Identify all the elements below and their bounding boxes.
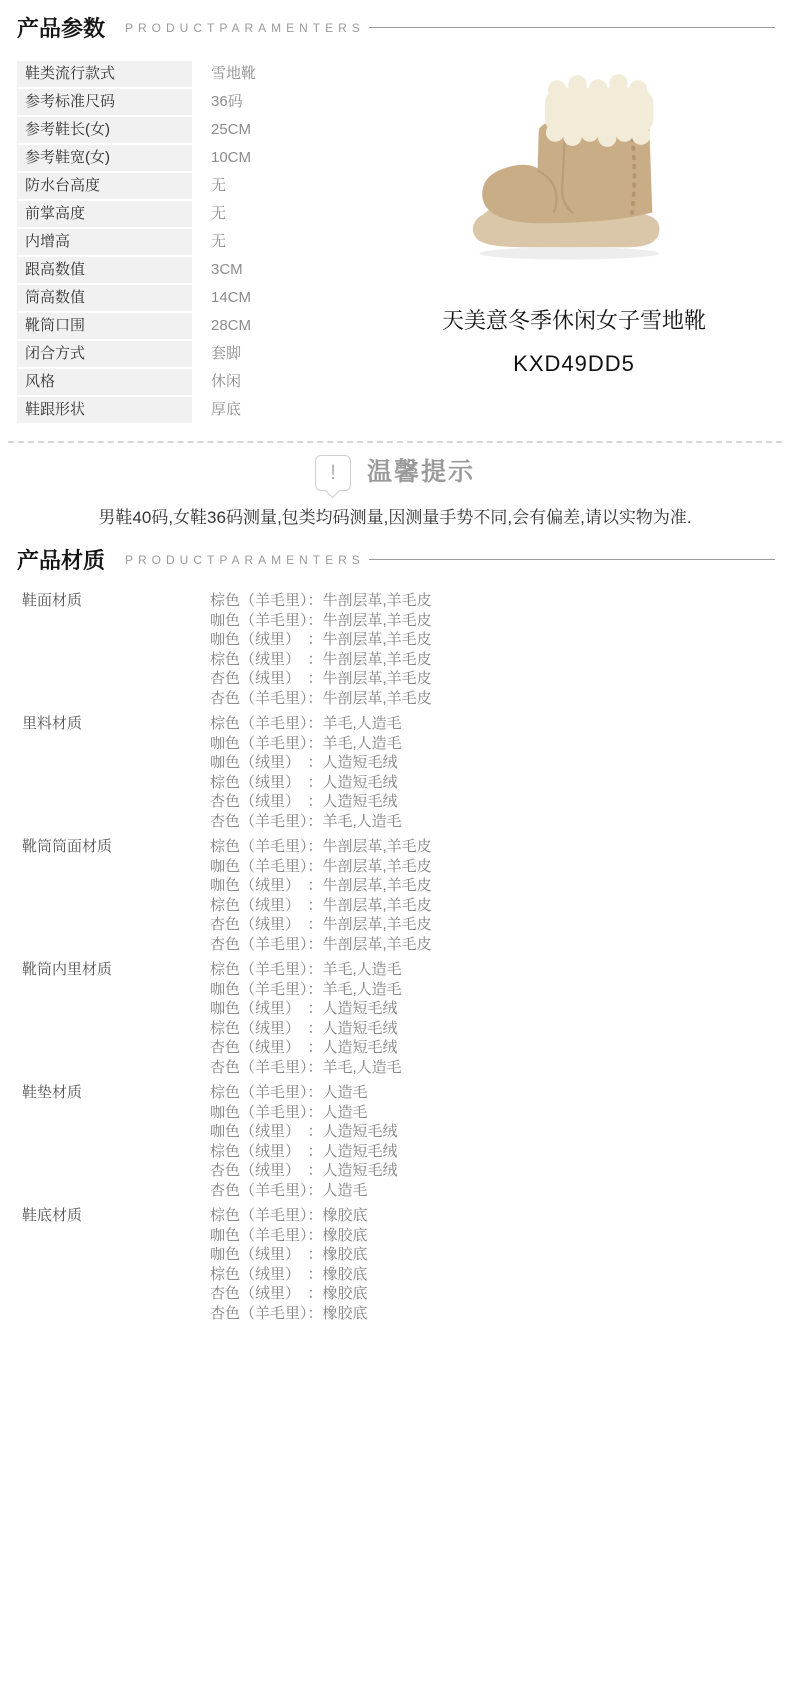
product-name: 天美意冬季休闲女子雪地靴 bbox=[442, 304, 706, 335]
param-value: 休闲 bbox=[192, 369, 241, 395]
param-row: 防水台高度 无 bbox=[17, 173, 375, 199]
material-line: 咖色（绒里） ：人造短毛绒 bbox=[210, 999, 402, 1019]
material-line: 杏色（羊毛里）：羊毛,人造毛 bbox=[210, 1058, 402, 1078]
param-row: 鞋类流行款式 雪地靴 bbox=[17, 61, 375, 87]
param-value: 无 bbox=[192, 173, 226, 199]
material-line: 咖色（羊毛里）：人造毛 bbox=[210, 1103, 398, 1123]
param-label: 跟高数值 bbox=[17, 257, 192, 283]
param-row: 前掌高度 无 bbox=[17, 201, 375, 227]
param-value: 无 bbox=[192, 201, 226, 227]
material-group-label: 靴筒筒面材质 bbox=[22, 837, 210, 954]
material-line: 杏色（绒里） ：牛剖层革,羊毛皮 bbox=[210, 669, 432, 689]
param-table: 鞋类流行款式 雪地靴 参考标准尺码 36码 参考鞋长(女) 25CM 参考鞋宽(… bbox=[17, 61, 375, 425]
material-group-label: 靴筒内里材质 bbox=[22, 960, 210, 1077]
material-line: 咖色（羊毛里）：橡胶底 bbox=[210, 1226, 368, 1246]
product-detail-page: { "params_section": { "title": "产品参数", "… bbox=[0, 0, 790, 1690]
material-line: 咖色（羊毛里）：羊毛,人造毛 bbox=[210, 980, 402, 1000]
param-row: 风格 休闲 bbox=[17, 369, 375, 395]
material-group-items: 棕色（羊毛里）：人造毛 咖色（羊毛里）：人造毛 咖色（绒里） ：人造短毛绒 棕色… bbox=[210, 1083, 398, 1200]
param-value: 雪地靴 bbox=[192, 61, 256, 87]
material-line: 杏色（羊毛里）：羊毛,人造毛 bbox=[210, 812, 402, 832]
material-line: 咖色（绒里） ：人造短毛绒 bbox=[210, 1122, 398, 1142]
notice-block: ! 温馨提示 男鞋40码,女鞋36码测量,包类均码测量,因测量手势不同,会有偏差… bbox=[0, 443, 790, 528]
param-row: 靴筒口围 28CM bbox=[17, 313, 375, 339]
materials-list: 鞋面材质 棕色（羊毛里）：牛剖层革,羊毛皮 咖色（羊毛里）：牛剖层革,羊毛皮 咖… bbox=[0, 575, 790, 1323]
param-value: 3CM bbox=[192, 257, 243, 283]
param-row: 参考鞋长(女) 25CM bbox=[17, 117, 375, 143]
material-group-label: 里料材质 bbox=[22, 714, 210, 831]
material-line: 棕色（绒里） ：橡胶底 bbox=[210, 1265, 368, 1285]
product-model: KXD49DD5 bbox=[513, 351, 635, 377]
material-line: 棕色（羊毛里）：羊毛,人造毛 bbox=[210, 714, 402, 734]
material-group: 鞋底材质 棕色（羊毛里）：橡胶底 咖色（羊毛里）：橡胶底 咖色（绒里） ：橡胶底… bbox=[22, 1206, 773, 1323]
material-line: 棕色（羊毛里）：橡胶底 bbox=[210, 1206, 368, 1226]
material-line: 咖色（羊毛里）：羊毛,人造毛 bbox=[210, 734, 402, 754]
param-label: 内增高 bbox=[17, 229, 192, 255]
material-group: 里料材质 棕色（羊毛里）：羊毛,人造毛 咖色（羊毛里）：羊毛,人造毛 咖色（绒里… bbox=[22, 714, 773, 831]
notice-title: 温馨提示 bbox=[367, 453, 475, 491]
param-label: 鞋跟形状 bbox=[17, 397, 192, 423]
material-line: 咖色（绒里） ：牛剖层革,羊毛皮 bbox=[210, 876, 432, 896]
param-row: 跟高数值 3CM bbox=[17, 257, 375, 283]
exclamation-icon: ! bbox=[315, 455, 351, 491]
material-group-items: 棕色（羊毛里）：橡胶底 咖色（羊毛里）：橡胶底 咖色（绒里） ：橡胶底 棕色（绒… bbox=[210, 1206, 368, 1323]
params-section-header: 产品参数 PRODUCTPARAMENTERS bbox=[0, 0, 790, 43]
header-rule bbox=[369, 27, 775, 28]
material-line: 咖色（绒里） ：牛剖层革,羊毛皮 bbox=[210, 630, 432, 650]
materials-section-subtitle: PRODUCTPARAMENTERS bbox=[125, 553, 365, 567]
material-line: 杏色（羊毛里）：牛剖层革,羊毛皮 bbox=[210, 689, 432, 709]
material-line: 棕色（绒里） ：人造短毛绒 bbox=[210, 773, 402, 793]
param-value: 25CM bbox=[192, 117, 251, 143]
material-line: 棕色（羊毛里）：人造毛 bbox=[210, 1083, 398, 1103]
param-value: 14CM bbox=[192, 285, 251, 311]
boot-fur-cuff bbox=[544, 74, 653, 147]
param-label: 防水台高度 bbox=[17, 173, 192, 199]
param-value: 28CM bbox=[192, 313, 251, 339]
notice-text: 男鞋40码,女鞋36码测量,包类均码测量,因测量手势不同,会有偏差,请以实物为准… bbox=[0, 503, 790, 528]
material-line: 咖色（羊毛里）：牛剖层革,羊毛皮 bbox=[210, 611, 432, 631]
param-label: 参考鞋长(女) bbox=[17, 117, 192, 143]
material-line: 杏色（羊毛里）：橡胶底 bbox=[210, 1304, 368, 1324]
param-value: 厚底 bbox=[192, 397, 241, 423]
material-line: 棕色（羊毛里）：羊毛,人造毛 bbox=[210, 960, 402, 980]
param-label: 鞋类流行款式 bbox=[17, 61, 192, 87]
param-label: 前掌高度 bbox=[17, 201, 192, 227]
materials-section-header: 产品材质 PRODUCTPARAMENTERS bbox=[0, 528, 790, 575]
header-rule bbox=[369, 559, 775, 560]
material-group: 鞋面材质 棕色（羊毛里）：牛剖层革,羊毛皮 咖色（羊毛里）：牛剖层革,羊毛皮 咖… bbox=[22, 591, 773, 708]
boot-shadow bbox=[479, 247, 659, 259]
material-line: 棕色（绒里） ：人造短毛绒 bbox=[210, 1019, 402, 1039]
material-line: 棕色（绒里） ：人造短毛绒 bbox=[210, 1142, 398, 1162]
material-group: 鞋垫材质 棕色（羊毛里）：人造毛 咖色（羊毛里）：人造毛 咖色（绒里） ：人造短… bbox=[22, 1083, 773, 1200]
material-group-items: 棕色（羊毛里）：牛剖层革,羊毛皮 咖色（羊毛里）：牛剖层革,羊毛皮 咖色（绒里）… bbox=[210, 837, 432, 954]
param-value: 36码 bbox=[192, 89, 243, 115]
material-line: 棕色（羊毛里）：牛剖层革,羊毛皮 bbox=[210, 591, 432, 611]
material-line: 杏色（绒里） ：人造短毛绒 bbox=[210, 792, 402, 812]
exclamation-glyph: ! bbox=[330, 461, 336, 484]
notice-icon-tail bbox=[325, 483, 341, 499]
param-row: 内增高 无 bbox=[17, 229, 375, 255]
param-label: 筒高数值 bbox=[17, 285, 192, 311]
param-label: 参考鞋宽(女) bbox=[17, 145, 192, 171]
material-line: 咖色（绒里） ：橡胶底 bbox=[210, 1245, 368, 1265]
material-line: 咖色（绒里） ：人造短毛绒 bbox=[210, 753, 402, 773]
material-group: 靴筒筒面材质 棕色（羊毛里）：牛剖层革,羊毛皮 咖色（羊毛里）：牛剖层革,羊毛皮… bbox=[22, 837, 773, 954]
param-label: 风格 bbox=[17, 369, 192, 395]
params-section-subtitle: PRODUCTPARAMENTERS bbox=[125, 21, 365, 35]
material-line: 杏色（羊毛里）：人造毛 bbox=[210, 1181, 398, 1201]
material-group-items: 棕色（羊毛里）：羊毛,人造毛 咖色（羊毛里）：羊毛,人造毛 咖色（绒里） ：人造… bbox=[210, 714, 402, 831]
param-value: 无 bbox=[192, 229, 226, 255]
materials-section-title: 产品材质 bbox=[17, 544, 105, 575]
material-line: 棕色（绒里） ：牛剖层革,羊毛皮 bbox=[210, 650, 432, 670]
material-group-items: 棕色（羊毛里）：牛剖层革,羊毛皮 咖色（羊毛里）：牛剖层革,羊毛皮 咖色（绒里）… bbox=[210, 591, 432, 708]
material-line: 杏色（绒里） ：橡胶底 bbox=[210, 1284, 368, 1304]
material-group-label: 鞋面材质 bbox=[22, 591, 210, 708]
param-row: 筒高数值 14CM bbox=[17, 285, 375, 311]
notice-head: ! 温馨提示 bbox=[0, 453, 790, 491]
params-content: 鞋类流行款式 雪地靴 参考标准尺码 36码 参考鞋长(女) 25CM 参考鞋宽(… bbox=[0, 43, 790, 425]
material-line: 棕色（羊毛里）：牛剖层革,羊毛皮 bbox=[210, 837, 432, 857]
material-group: 靴筒内里材质 棕色（羊毛里）：羊毛,人造毛 咖色（羊毛里）：羊毛,人造毛 咖色（… bbox=[22, 960, 773, 1077]
param-label: 闭合方式 bbox=[17, 341, 192, 367]
material-group-label: 鞋底材质 bbox=[22, 1206, 210, 1323]
material-line: 咖色（羊毛里）：牛剖层革,羊毛皮 bbox=[210, 857, 432, 877]
param-value: 套脚 bbox=[192, 341, 241, 367]
param-row: 参考鞋宽(女) 10CM bbox=[17, 145, 375, 171]
material-group-label: 鞋垫材质 bbox=[22, 1083, 210, 1200]
material-line: 杏色（绒里） ：人造短毛绒 bbox=[210, 1038, 402, 1058]
param-value: 10CM bbox=[192, 145, 251, 171]
params-section-title: 产品参数 bbox=[17, 12, 105, 43]
product-image-snow-boot bbox=[467, 69, 682, 274]
material-line: 杏色（绒里） ：人造短毛绒 bbox=[210, 1161, 398, 1181]
param-row: 闭合方式 套脚 bbox=[17, 341, 375, 367]
material-group-items: 棕色（羊毛里）：羊毛,人造毛 咖色（羊毛里）：羊毛,人造毛 咖色（绒里） ：人造… bbox=[210, 960, 402, 1077]
material-line: 棕色（绒里） ：牛剖层革,羊毛皮 bbox=[210, 896, 432, 916]
product-card: 天美意冬季休闲女子雪地靴 KXD49DD5 bbox=[375, 61, 773, 425]
param-row: 鞋跟形状 厚底 bbox=[17, 397, 375, 423]
param-label: 靴筒口围 bbox=[17, 313, 192, 339]
param-label: 参考标准尺码 bbox=[17, 89, 192, 115]
material-line: 杏色（绒里） ：牛剖层革,羊毛皮 bbox=[210, 915, 432, 935]
material-line: 杏色（羊毛里）：牛剖层革,羊毛皮 bbox=[210, 935, 432, 955]
param-row: 参考标准尺码 36码 bbox=[17, 89, 375, 115]
